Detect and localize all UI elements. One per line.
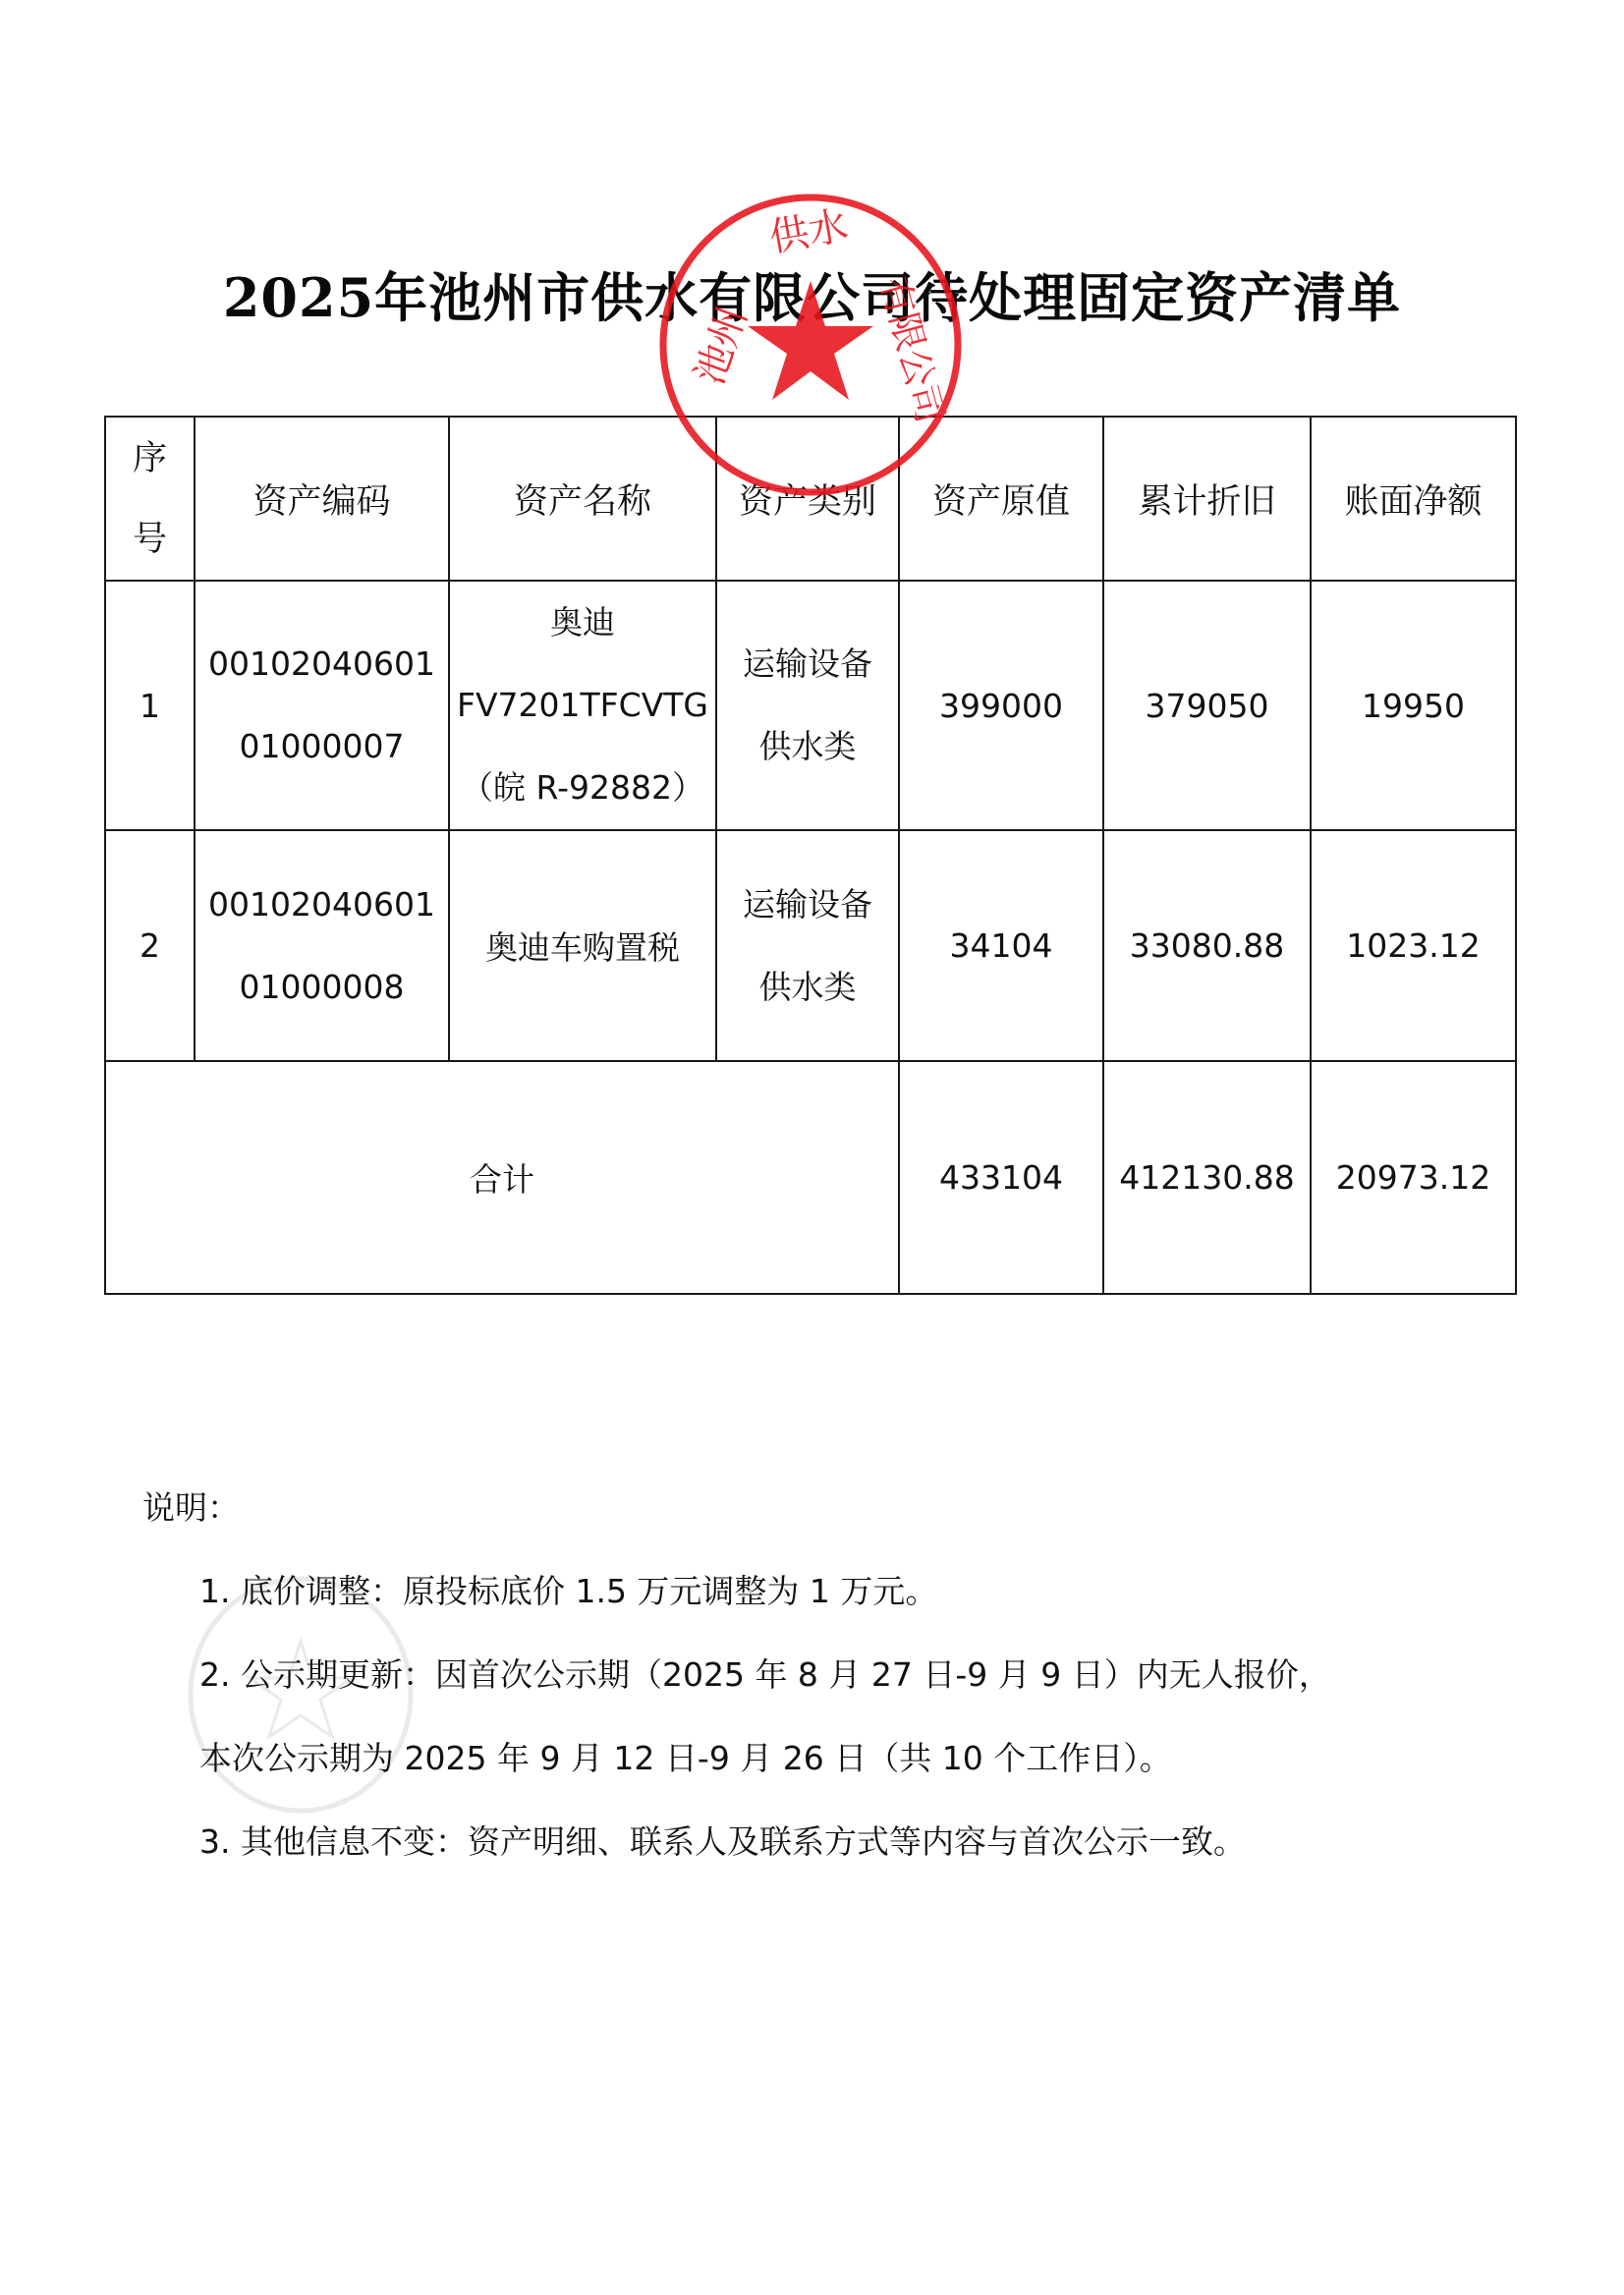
cell-accumulated-depreciation: 33080.88 — [1103, 830, 1311, 1061]
note-item-3: 3. 其他信息不变：资产明细、联系人及联系方式等内容与首次公示一致。 — [199, 1813, 1246, 1872]
cell-code-line2: 01000008 — [196, 946, 448, 1029]
header-net-book-value: 账面净额 — [1311, 417, 1516, 581]
header-original-value: 资产原值 — [899, 417, 1103, 581]
table-row: 2 00102040601 01000008 奥迪车购置税 运输设备 供水类 3… — [105, 830, 1516, 1061]
note-item-2-line1: 2. 公示期更新：因首次公示期（2025 年 8 月 27 日-9 月 9 日）… — [199, 1646, 1331, 1705]
cell-total-accumulated-depreciation: 412130.88 — [1103, 1061, 1311, 1294]
cell-code-line1: 00102040601 — [196, 864, 448, 946]
cell-name-line3: （皖 R-92882） — [450, 747, 715, 829]
cell-category: 运输设备 供水类 — [716, 581, 899, 830]
cell-category-line2: 供水类 — [717, 946, 898, 1029]
cell-name-line1: 奥迪 — [450, 582, 715, 664]
header-name: 资产名称 — [449, 417, 716, 581]
notes-heading: 说明： — [142, 1479, 240, 1538]
cell-category-line2: 供水类 — [717, 705, 898, 788]
cell-category-line1: 运输设备 — [717, 623, 898, 705]
cell-category: 运输设备 供水类 — [716, 830, 899, 1061]
cell-seq: 1 — [105, 581, 195, 830]
page-title: 2025年池州市供水有限公司待处理固定资产清单 — [0, 263, 1624, 332]
note-item-2-line2: 本次公示期为 2025 年 9 月 12 日-9 月 26 日（共 10 个工作… — [199, 1729, 1172, 1788]
cell-category-line1: 运输设备 — [717, 864, 898, 946]
seal-text-top: 供水 — [766, 203, 852, 261]
table-total-row: 合计 433104 412130.88 20973.12 — [105, 1061, 1516, 1294]
header-seq-line2: 号 — [106, 499, 194, 580]
header-seq-line1: 序 — [106, 419, 194, 499]
cell-net-book-value: 19950 — [1311, 581, 1516, 830]
cell-code-line1: 00102040601 — [196, 623, 448, 705]
header-category: 资产类别 — [716, 417, 899, 581]
cell-original-value: 399000 — [899, 581, 1103, 830]
table-row: 1 00102040601 01000007 奥迪 FV7201TFCVTG （… — [105, 581, 1516, 830]
cell-name-line2: FV7201TFCVTG — [450, 664, 715, 747]
cell-total-label: 合计 — [105, 1061, 899, 1294]
table-header-row: 序 号 资产编码 资产名称 资产类别 资产原值 累计折旧 账面净额 — [105, 417, 1516, 581]
cell-name: 奥迪车购置税 — [449, 830, 716, 1061]
cell-original-value: 34104 — [899, 830, 1103, 1061]
header-seq: 序 号 — [105, 417, 195, 581]
header-accumulated-depreciation: 累计折旧 — [1103, 417, 1311, 581]
header-code: 资产编码 — [195, 417, 449, 581]
cell-code: 00102040601 01000007 — [195, 581, 449, 830]
cell-code-line2: 01000007 — [196, 705, 448, 788]
cell-total-original-value: 433104 — [899, 1061, 1103, 1294]
note-item-1: 1. 底价调整：原投标底价 1.5 万元调整为 1 万元。 — [199, 1562, 937, 1621]
cell-accumulated-depreciation: 379050 — [1103, 581, 1311, 830]
asset-table: 序 号 资产编码 资产名称 资产类别 资产原值 累计折旧 账面净额 1 0010… — [104, 416, 1517, 1295]
cell-name: 奥迪 FV7201TFCVTG （皖 R-92882） — [449, 581, 716, 830]
cell-net-book-value: 1023.12 — [1311, 830, 1516, 1061]
cell-seq: 2 — [105, 830, 195, 1061]
cell-code: 00102040601 01000008 — [195, 830, 449, 1061]
cell-total-net-book-value: 20973.12 — [1311, 1061, 1516, 1294]
